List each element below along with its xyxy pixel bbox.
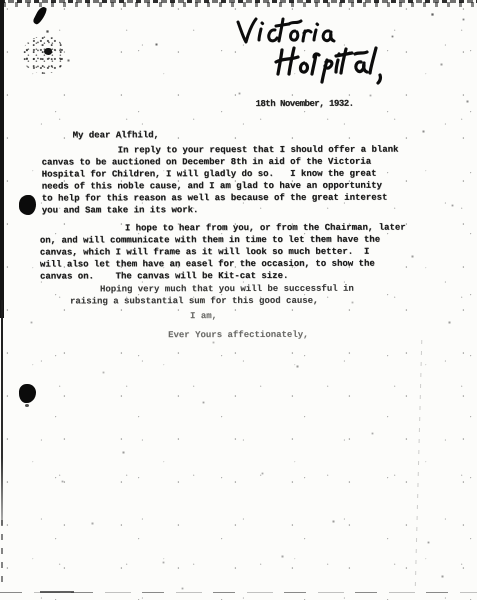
letter-body-line: needs of this noble cause, and I am glad… xyxy=(42,181,382,192)
letter-body-line: Hospital for Children, I will gladly do … xyxy=(42,169,377,180)
letter-body-line: raising a substantial sum for this good … xyxy=(70,296,318,307)
letter-body-line: to help for this reason as well as becau… xyxy=(42,193,388,204)
letter-body-line: In reply to your request that I should o… xyxy=(118,145,399,156)
letter-date: 18th November, 1932. xyxy=(255,99,353,109)
typed-letter-body: 18th November, 1932. My dear Alfhild, In… xyxy=(0,0,477,600)
letter-closing-formula: I am, xyxy=(190,311,217,321)
letter-body-line: Hoping very much that you will be succes… xyxy=(100,284,354,295)
letter-body-line: on, and will communicate with them in ti… xyxy=(40,235,380,246)
letter-body-line: canvas on. The canvas will be Kit-cat si… xyxy=(40,271,288,282)
letter-valediction: Ever Yours affectionately, xyxy=(168,330,308,340)
letter-body-line: canvas, which I will frame as it will lo… xyxy=(40,247,369,258)
letter-body-line: canvas to be auctioned on December 8th i… xyxy=(42,157,371,168)
letter-salutation: My dear Alfhild, xyxy=(73,130,159,140)
letter-body-line: you and Sam take in its work. xyxy=(42,205,199,215)
letter-body-line: will also let them have an easel for the… xyxy=(40,259,375,270)
scanned-letter-page: 18th November, 1932. My dear Alfhild, In… xyxy=(0,0,477,600)
letter-body-line: I hope to hear from you, or from the Cha… xyxy=(125,223,406,234)
